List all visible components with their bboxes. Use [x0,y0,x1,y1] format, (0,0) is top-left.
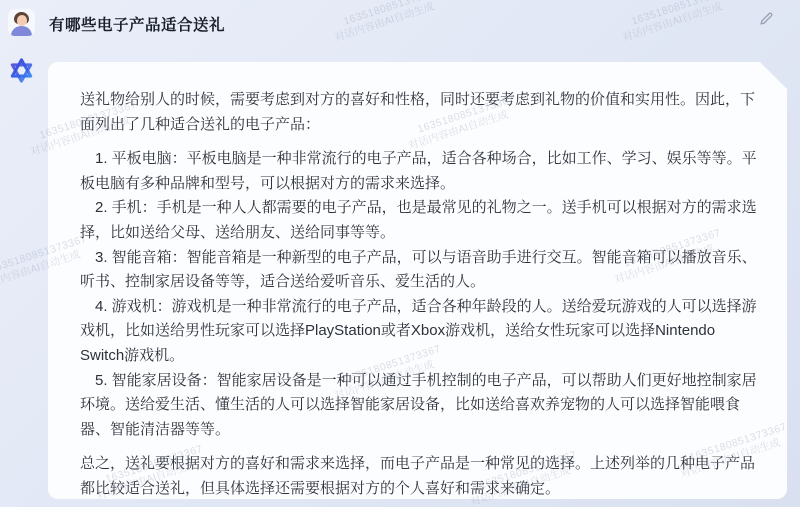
answer-conclusion: 总之，送礼要根据对方的喜好和需求来选择，而电子产品是一种常见的选择。上述列举的几… [80,452,761,501]
user-question-text: 有哪些电子产品适合送礼 [49,13,225,35]
avatar-face [17,15,27,26]
list-item: 1. 平板电脑：平板电脑是一种非常流行的电子产品，适合各种场合，比如工作、学习、… [80,147,761,196]
list-item: 5. 智能家居设备：智能家居设备是一种可以通过手机控制的电子产品，可以帮助人们更… [80,369,761,443]
user-message-row: 有哪些电子产品适合送礼 [0,0,800,48]
assistant-answer-card: 送礼物给别人的时候，需要考虑到对方的喜好和性格，同时还要考虑到礼物的价值和实用性… [48,62,787,499]
edit-message-button[interactable] [756,10,776,30]
list-item: 3. 智能音箱：智能音箱是一种新型的电子产品，可以与语音助手进行交互。智能音箱可… [80,246,761,295]
list-item: 2. 手机：手机是一种人人都需要的电子产品，也是最常见的礼物之一。送手机可以根据… [80,196,761,245]
list-item: 4. 游戏机：游戏机是一种非常流行的电子产品，适合各种年龄段的人。送给爱玩游戏的… [80,295,761,369]
avatar-shirt [11,26,32,36]
pencil-icon [760,12,773,28]
user-avatar [8,9,35,36]
answer-intro: 送礼物给别人的时候，需要考虑到对方的喜好和性格，同时还要考虑到礼物的价值和实用性… [80,88,761,137]
assistant-avatar [7,56,36,85]
chat-screen: { "user_message": { "text": "有哪些电子产品适合送礼… [0,0,800,507]
chatglm-logo-icon [7,72,36,89]
